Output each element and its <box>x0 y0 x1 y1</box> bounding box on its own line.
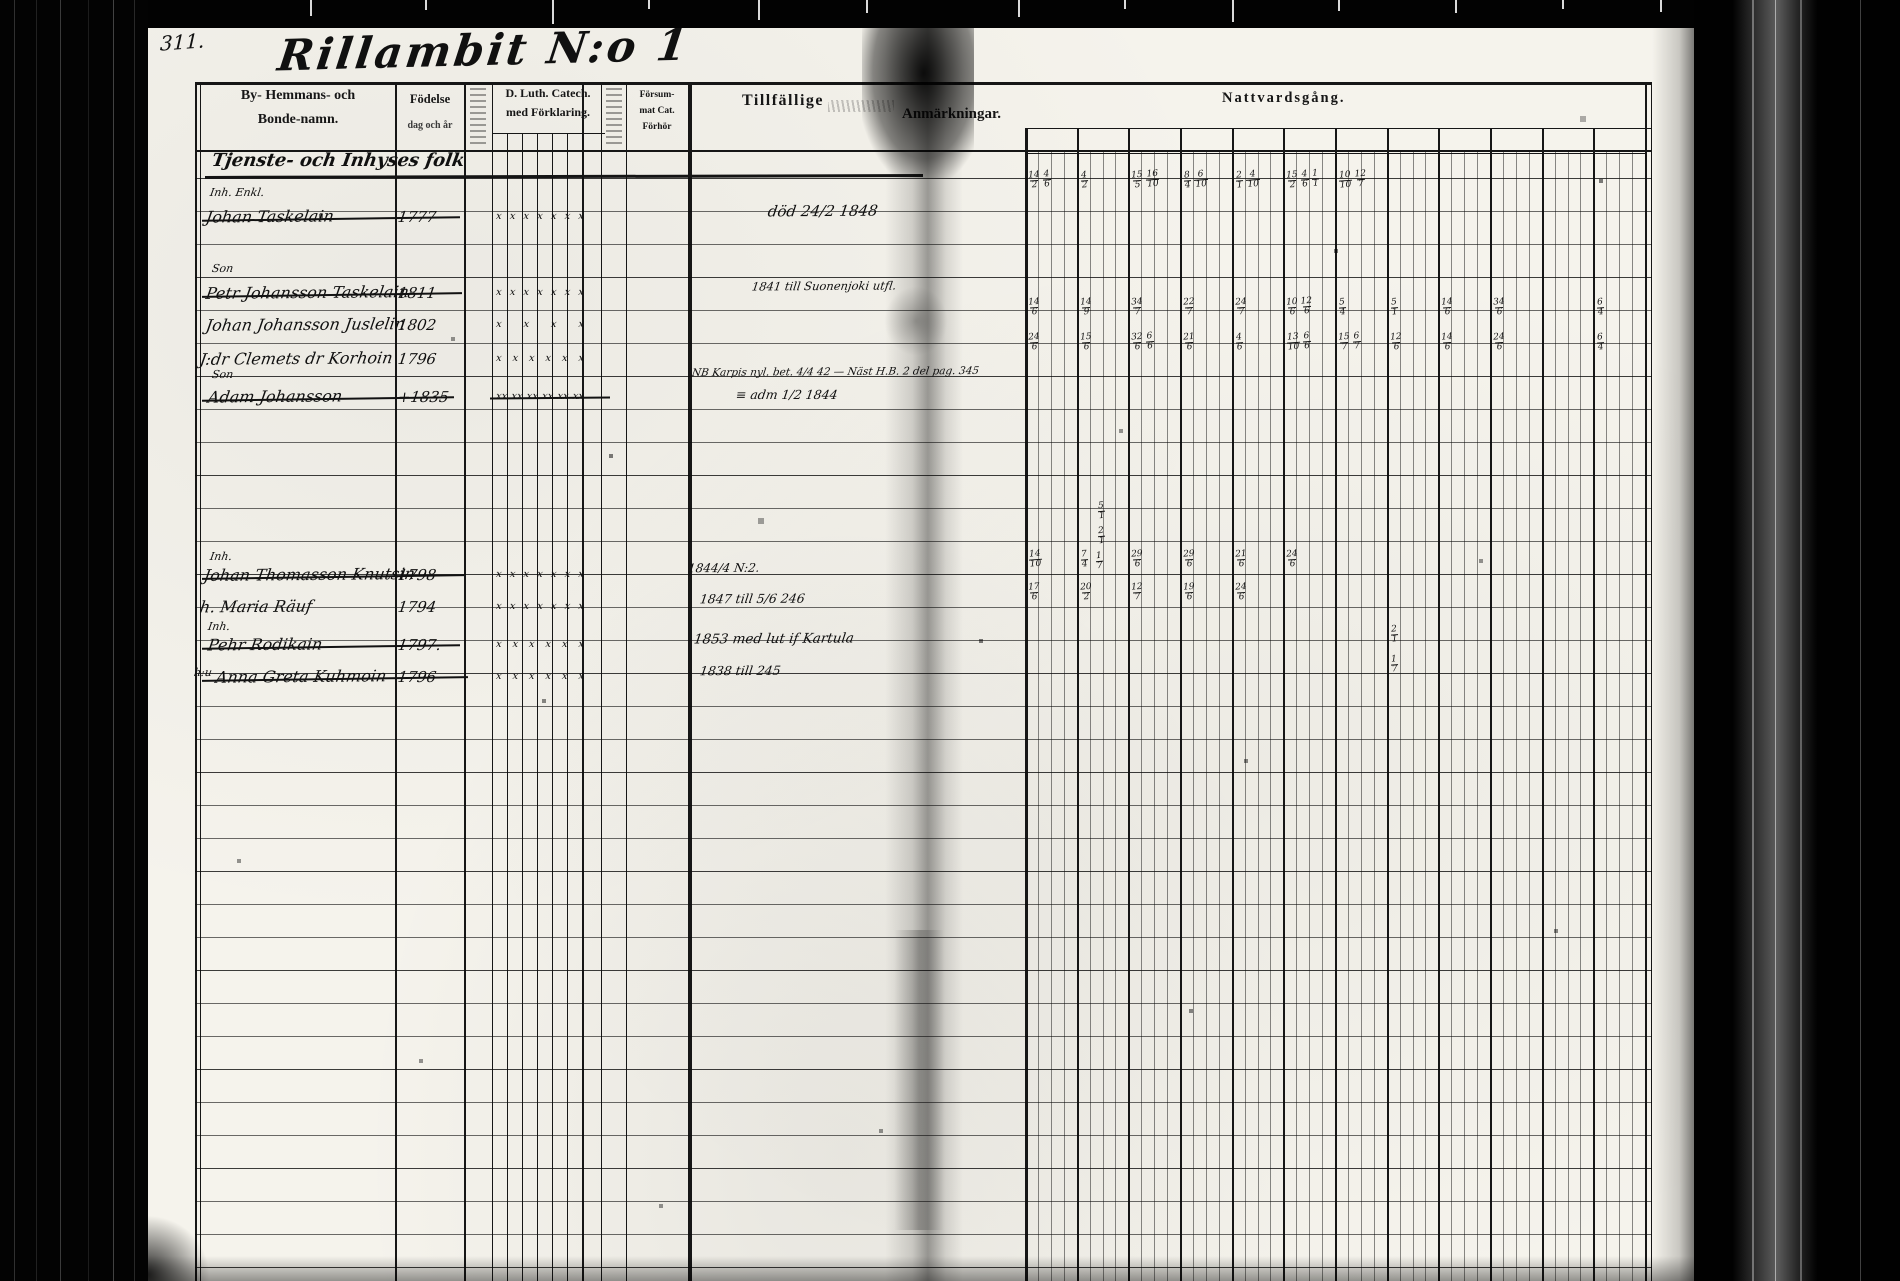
row-line <box>195 1201 1652 1202</box>
communion-date-fraction: 155 <box>1131 171 1144 191</box>
scan-scratch-vertical <box>88 0 89 1281</box>
year-subcolumn-line <box>1619 152 1620 1281</box>
catechism-x-mark: x <box>550 211 557 222</box>
year-subcolumn-line <box>1154 152 1155 1281</box>
communion-date-fraction: 1410 <box>1028 550 1043 570</box>
catechism-x-mark: x <box>545 671 552 682</box>
communion-cell: 1410 <box>1026 547 1077 569</box>
year-subcolumn-line <box>1115 152 1116 1281</box>
year-subcolumn-line <box>1451 152 1452 1281</box>
communion-date-fraction: 196 <box>1183 583 1196 603</box>
column-line <box>522 133 523 1281</box>
year-subcolumn-line <box>1193 152 1194 1281</box>
catechism-x-mark: x <box>528 639 535 650</box>
communion-date-fraction: 42 <box>1080 171 1089 190</box>
catechism-x-mark: x <box>578 569 585 580</box>
row-line <box>195 706 1652 707</box>
year-subcolumn-line <box>1606 152 1607 1281</box>
communion-cell: 126 <box>1388 330 1439 352</box>
row-line <box>195 1135 1652 1136</box>
catechism-x-mark: x <box>523 287 530 298</box>
row-line <box>195 970 1652 971</box>
row-line <box>195 475 1652 476</box>
remark-note: 1838 till 245 <box>699 663 782 679</box>
communion-date-fraction: 126 <box>1301 297 1314 317</box>
communion-date-fraction: 326 <box>1131 333 1144 353</box>
row-line <box>195 904 1652 905</box>
year-subcolumn-line <box>1103 152 1104 1281</box>
year-subcolumn-line <box>1206 152 1207 1281</box>
communion-date-fraction: 21 <box>1235 171 1244 190</box>
row-line <box>195 541 1652 542</box>
row-line <box>195 277 1652 278</box>
row-line <box>195 442 1652 443</box>
communion-cell: 246 <box>1026 330 1077 352</box>
catechism-x-mark: x <box>561 671 568 682</box>
communion-date-fraction: 64 <box>1596 298 1605 317</box>
row-line <box>195 1069 1652 1070</box>
catechism-marks: xxxx <box>495 319 584 330</box>
book-page <box>148 28 1694 1281</box>
scan-scratch <box>1232 0 1234 22</box>
communion-cell: 347 <box>1130 295 1181 317</box>
catechism-x-mark: x <box>550 569 557 580</box>
year-subcolumn-line <box>1270 152 1271 1281</box>
communion-cell: 346 <box>1491 295 1542 317</box>
catechism-x-mark: x <box>550 319 557 330</box>
communion-date-fraction: 106 <box>1286 298 1299 318</box>
catechism-x-mark: x <box>578 639 585 650</box>
communion-date-fraction: 51 <box>1097 502 1106 522</box>
catechism-x-mark: x <box>564 211 571 222</box>
person-name: Johan Johansson Juslelin <box>205 315 407 335</box>
communion-cell: 51 <box>1388 295 1439 317</box>
person-name: Johan Taskelain <box>205 207 336 226</box>
catechism-x-mark: x <box>578 211 585 222</box>
scan-scratch-vertical <box>60 0 61 1281</box>
row-line <box>195 409 1652 410</box>
communion-cell: 246 <box>1491 330 1542 352</box>
scan-scratch-vertical <box>36 0 37 1281</box>
person-name: J:dr Clemets dr Korhoin <box>199 349 394 369</box>
communion-date-fraction: 247 <box>1235 298 1248 318</box>
remark-note: NB Karpis nyl. bet. 4/4 42 — Näst H.B. 2… <box>691 365 980 379</box>
communion-cell: 1010127 <box>1336 168 1387 190</box>
binding-scratch <box>1775 0 1776 1281</box>
scan-scratch <box>552 0 554 24</box>
communion-date-fraction: 66 <box>1303 332 1312 351</box>
communion-date-fraction: 227 <box>1183 298 1196 318</box>
communion-cell: 146 <box>1026 295 1077 317</box>
communion-date-fraction: 146 <box>1441 333 1454 353</box>
communion-cell: 246 <box>1233 580 1284 602</box>
year-subcolumn-line <box>1309 152 1310 1281</box>
catechism-x-mark: x <box>561 353 568 364</box>
catechism-x-mark: x <box>578 319 585 330</box>
catechism-x-mark: x <box>537 211 544 222</box>
catechism-x-mark: x <box>564 287 571 298</box>
communion-cell: 21410 <box>1233 168 1284 190</box>
communion-cell: 247 <box>1233 295 1284 317</box>
catechism-x-mark: x <box>495 569 502 580</box>
rotated-column-label-smudge <box>470 88 486 144</box>
scan-scratch-vertical <box>113 0 114 1281</box>
communion-date-fraction: 146 <box>1028 298 1041 318</box>
header-birth-line1: Födelse <box>396 92 464 107</box>
year-subcolumn-line <box>1477 152 1478 1281</box>
communion-date-fraction: 54 <box>1338 298 1347 317</box>
birth-year: 1794 <box>397 598 460 616</box>
column-line <box>537 133 538 1281</box>
communion-date-fraction: 64 <box>1596 333 1605 352</box>
person-name: Adam Johansson <box>207 387 344 406</box>
header-catechism-line2: med Förklaring. <box>488 105 608 120</box>
catechism-marks: xxxxxxx <box>495 601 584 612</box>
communion-date-fraction: 246 <box>1235 583 1248 603</box>
communion-date-fraction: 126 <box>1390 333 1403 353</box>
header-remarks-right: Anmärkningar. <box>902 106 1001 123</box>
communion-date-fraction: 202 <box>1080 583 1093 603</box>
catechism-x-mark: x <box>528 353 535 364</box>
year-subcolumn-line <box>1322 152 1323 1281</box>
header-line <box>195 82 1652 85</box>
stray-communion-mark: 21 <box>1095 527 1107 547</box>
year-subcolumn-line <box>1038 152 1039 1281</box>
year-subcolumn-line <box>1413 152 1414 1281</box>
communion-date-fraction: 46 <box>1235 333 1244 352</box>
communion-cell: 46 <box>1233 330 1284 352</box>
birth-year: 1802 <box>397 316 460 334</box>
book-binding <box>1694 0 1900 1281</box>
communion-cell: 196 <box>1181 580 1232 602</box>
scan-scratch <box>866 0 868 13</box>
communion-cell: 156 <box>1078 330 1129 352</box>
year-subcolumn-line <box>1580 152 1581 1281</box>
communion-cell: 32666 <box>1130 330 1181 352</box>
catechism-x-mark: x <box>523 211 530 222</box>
row-line <box>195 871 1652 872</box>
communion-cell: 246 <box>1285 547 1336 569</box>
year-subcolumn-line <box>1245 152 1246 1281</box>
communion-date-fraction: 11 <box>1311 169 1320 188</box>
column-line <box>552 133 553 1281</box>
communion-cell: 64 <box>1595 295 1646 317</box>
scan-scratch <box>758 0 760 20</box>
row-prefix: Son <box>211 368 234 381</box>
year-subcolumn-line <box>1141 152 1142 1281</box>
year-subcolumn-line <box>1296 152 1297 1281</box>
catechism-x-mark: x <box>537 601 544 612</box>
row-prefix: Son <box>211 262 234 275</box>
communion-date-fraction: 51 <box>1390 298 1399 317</box>
communion-date-fraction: 156 <box>1080 333 1093 353</box>
scan-scratch-vertical <box>134 0 135 1281</box>
row-line <box>195 739 1652 740</box>
communion-cell: 202 <box>1078 580 1129 602</box>
year-subcolumn-line <box>1632 152 1633 1281</box>
header-remarks-left: Tillfällige <box>742 92 824 110</box>
year-subcolumn-line <box>1516 152 1517 1281</box>
row-prefix: Inh. <box>207 620 231 633</box>
catechism-x-mark: x <box>512 671 519 682</box>
catechism-x-mark: x <box>495 319 502 330</box>
scan-scratch <box>1660 0 1662 12</box>
communion-date-fraction: 1010 <box>1338 171 1353 191</box>
year-subcolumn-line <box>1425 152 1426 1281</box>
rotated-column-label-smudge <box>606 88 622 144</box>
scan-scratch <box>310 0 312 16</box>
catechism-marks: xxxxxxx <box>495 211 584 222</box>
communion-cell: 216 <box>1233 547 1284 569</box>
row-line <box>195 244 1652 245</box>
catechism-x-mark: x <box>509 601 516 612</box>
remark-note: 1853 med lut if Kartula <box>693 630 855 647</box>
header-name-col-line2: Bonde-namn. <box>201 112 395 128</box>
catechism-x-mark: x <box>509 569 516 580</box>
header-line <box>492 133 605 134</box>
catechism-x-mark: x <box>545 639 552 650</box>
communion-date-fraction: 127 <box>1354 170 1367 190</box>
communion-date-fraction: 46 <box>1042 170 1051 189</box>
catechism-x-mark: x <box>523 601 530 612</box>
header-missed-exam-line1: Försum- <box>624 90 690 100</box>
row-line <box>195 937 1652 938</box>
faded-header-smudge <box>828 100 894 112</box>
communion-cell: 64 <box>1595 330 1646 352</box>
catechism-x-mark: x <box>564 569 571 580</box>
row-line <box>195 1234 1652 1235</box>
communion-cell: 42 <box>1078 168 1129 190</box>
communion-date-fraction: 296 <box>1131 550 1144 570</box>
communion-cell: 227 <box>1181 295 1232 317</box>
communion-cell: 146 <box>1440 295 1491 317</box>
row-line <box>195 772 1652 773</box>
catechism-x-mark: x <box>495 211 502 222</box>
catechism-x-mark: x <box>578 287 585 298</box>
communion-cell: 1551610 <box>1130 168 1181 190</box>
column-line <box>567 133 568 1281</box>
header-missed-exam-line2: mat Cat. <box>624 106 690 116</box>
communion-cell: 146 <box>1440 330 1491 352</box>
header-communion-title: Nattvardsgång. <box>1222 90 1345 107</box>
year-subcolumn-line <box>1064 152 1065 1281</box>
communion-date-fraction: 176 <box>1028 583 1041 603</box>
page-edge-shadow <box>1652 28 1694 1281</box>
header-birth-line2: dag och år <box>396 120 464 131</box>
communion-date-fraction: 346 <box>1493 298 1506 318</box>
catechism-marks: xxxxxxx <box>495 569 584 580</box>
catechism-x-mark: x <box>523 319 530 330</box>
year-subcolumn-line <box>1555 152 1556 1281</box>
binding-scratch <box>1860 0 1861 1281</box>
remark-note-line2: ≡ adm 1/2 1844 <box>735 387 839 402</box>
communion-date-fraction: 246 <box>1028 333 1041 353</box>
row-line <box>195 1003 1652 1004</box>
catechism-x-mark: x <box>537 569 544 580</box>
catechism-x-mark: x <box>523 569 530 580</box>
catechism-x-mark: x <box>495 671 502 682</box>
communion-cell: 84610 <box>1181 168 1232 190</box>
communion-cell: 296 <box>1130 547 1181 569</box>
communion-date-fraction: 216 <box>1183 333 1196 353</box>
year-subcolumn-line <box>1167 152 1168 1281</box>
communion-date-fraction: 142 <box>1028 171 1041 191</box>
year-subcolumn-line <box>1090 152 1091 1281</box>
row-line <box>195 1036 1652 1037</box>
scan-scratch <box>1562 0 1564 9</box>
catechism-x-mark: x <box>545 353 552 364</box>
communion-date-fraction: 67 <box>1352 332 1361 351</box>
catechism-marks: xxxxxx <box>495 671 584 682</box>
scan-scratch <box>1455 0 1457 13</box>
year-subcolumn-line <box>1361 152 1362 1281</box>
catechism-x-mark: x <box>564 601 571 612</box>
communion-date-fraction: 410 <box>1245 170 1260 190</box>
row-line <box>195 1102 1652 1103</box>
communion-date-fraction: 46 <box>1301 170 1310 189</box>
person-name: Pehr Rodikain <box>207 636 324 655</box>
year-subcolumn-line <box>1051 152 1052 1281</box>
communion-date-fraction: 347 <box>1131 298 1144 318</box>
catechism-x-mark: x <box>578 353 585 364</box>
scan-top-margin <box>0 0 1900 28</box>
communion-cell: 149 <box>1078 295 1129 317</box>
communion-date-fraction: 1310 <box>1286 333 1301 353</box>
catechism-marks: xxxxxx <box>495 639 584 650</box>
communion-date-fraction: 296 <box>1183 550 1196 570</box>
row-prefix: h:u <box>193 666 213 679</box>
communion-date-fraction: 246 <box>1286 550 1299 570</box>
year-subcolumn-line <box>1219 152 1220 1281</box>
remark-note: 1841 till Suonenjoki utfl. <box>751 278 897 293</box>
communion-date-fraction: 74 <box>1080 550 1089 569</box>
scan-scratch <box>1018 0 1020 17</box>
communion-cell: 54 <box>1336 295 1387 317</box>
row-line <box>195 1168 1652 1169</box>
binding-scratch <box>1800 0 1802 1281</box>
catechism-x-mark: x <box>578 671 585 682</box>
header-line <box>1025 128 1652 129</box>
birth-year: 1796 <box>397 350 460 368</box>
catechism-x-mark: x <box>495 353 502 364</box>
row-prefix: Inh. Enkl. <box>209 186 265 199</box>
catechism-x-mark: x <box>528 671 535 682</box>
catechism-x-mark: x <box>550 287 557 298</box>
year-subcolumn-line <box>1258 152 1259 1281</box>
year-subcolumn-line <box>1348 152 1349 1281</box>
communion-cell: 1524611 <box>1285 168 1336 190</box>
scan-left-margin <box>0 0 148 1281</box>
scan-scratch <box>1124 0 1126 9</box>
scan-scratch <box>425 0 427 10</box>
scan-scratch-vertical <box>14 0 15 1281</box>
catechism-x-mark: x <box>561 639 568 650</box>
column-line <box>507 133 508 1281</box>
catechism-x-mark: x <box>509 211 516 222</box>
year-subcolumn-line <box>1568 152 1569 1281</box>
year-subcolumn-line <box>1464 152 1465 1281</box>
catechism-x-mark: x <box>578 601 585 612</box>
communion-date-fraction: 610 <box>1194 170 1209 190</box>
communion-cell: 106126 <box>1285 295 1336 317</box>
year-subcolumn-line <box>1400 152 1401 1281</box>
scan-scratch <box>1338 0 1340 11</box>
remark-note: 1844/4 N:2. <box>687 561 761 575</box>
communion-date-fraction: 1610 <box>1146 170 1161 190</box>
communion-cell: 216 <box>1181 330 1232 352</box>
remark-note: död 24/2 1848 <box>767 202 879 221</box>
communion-date-fraction: 246 <box>1493 333 1506 353</box>
communion-date-fraction: 149 <box>1080 298 1093 318</box>
communion-cell: 17 <box>1388 652 1439 674</box>
scanned-parish-register: 311. Rillambit N:o 1 By- Hemmans- och Bo… <box>0 0 1900 1281</box>
catechism-marks: xxxxxx <box>495 353 584 364</box>
communion-cell: 131066 <box>1285 330 1336 352</box>
catechism-x-mark: x <box>537 287 544 298</box>
stray-communion-mark: 51 <box>1095 502 1107 522</box>
catechism-marks: xxxxxxx <box>495 287 584 298</box>
row-prefix: Inh. <box>209 550 233 563</box>
catechism-x-mark: x <box>509 287 516 298</box>
communion-date-fraction: 152 <box>1286 171 1299 191</box>
binding-scratch <box>1752 0 1754 1281</box>
catechism-x-mark: x <box>495 601 502 612</box>
header-line <box>1025 153 1645 154</box>
communion-date-fraction: 127 <box>1131 583 1144 603</box>
communion-date-fraction: 66 <box>1146 332 1155 351</box>
year-column-line <box>1542 128 1544 1281</box>
row-line <box>195 805 1652 806</box>
row-line <box>195 508 1652 509</box>
scan-scratch <box>648 0 650 9</box>
bottom-edge-shadow <box>148 1256 1694 1281</box>
stray-communion-mark: 17 <box>1093 552 1105 572</box>
communion-date-fraction: 157 <box>1338 333 1351 353</box>
catechism-x-mark: x <box>495 639 502 650</box>
catechism-x-mark: x <box>495 287 502 298</box>
year-subcolumn-line <box>1529 152 1530 1281</box>
catechism-x-mark: x <box>550 601 557 612</box>
communion-date-fraction: 17 <box>1390 655 1399 674</box>
communion-date-fraction: 146 <box>1441 298 1454 318</box>
communion-date-fraction: 21 <box>1097 527 1106 547</box>
communion-cell: 127 <box>1130 580 1181 602</box>
header-missed-exam-line3: Förhör <box>624 122 690 132</box>
catechism-x-mark: x <box>512 639 519 650</box>
year-subcolumn-line <box>1374 152 1375 1281</box>
communion-cell: 296 <box>1181 547 1232 569</box>
group-heading: Tjenste- och Inhyses folk <box>210 150 466 171</box>
header-catechism-line1: D. Luth. Catech. <box>488 86 608 101</box>
header-name-col-line1: By- Hemmans- och <box>201 88 395 104</box>
communion-date-fraction: 21 <box>1390 625 1399 644</box>
communion-cell: 15767 <box>1336 330 1387 352</box>
communion-date-fraction: 84 <box>1183 171 1192 190</box>
year-subcolumn-line <box>1503 152 1504 1281</box>
remark-note: 1847 till 5/6 246 <box>699 591 806 607</box>
row-line <box>195 838 1652 839</box>
communion-cell: 14246 <box>1026 168 1077 190</box>
communion-cell: 21 <box>1388 622 1439 644</box>
page-number: 311. <box>160 28 205 55</box>
bottom-left-corner-shadow <box>140 1215 210 1281</box>
communion-date-fraction: 216 <box>1235 550 1248 570</box>
communion-cell: 176 <box>1026 580 1077 602</box>
communion-date-fraction: 17 <box>1095 552 1104 572</box>
catechism-x-mark: x <box>512 353 519 364</box>
person-name: h. Maria Räuf <box>199 598 314 617</box>
